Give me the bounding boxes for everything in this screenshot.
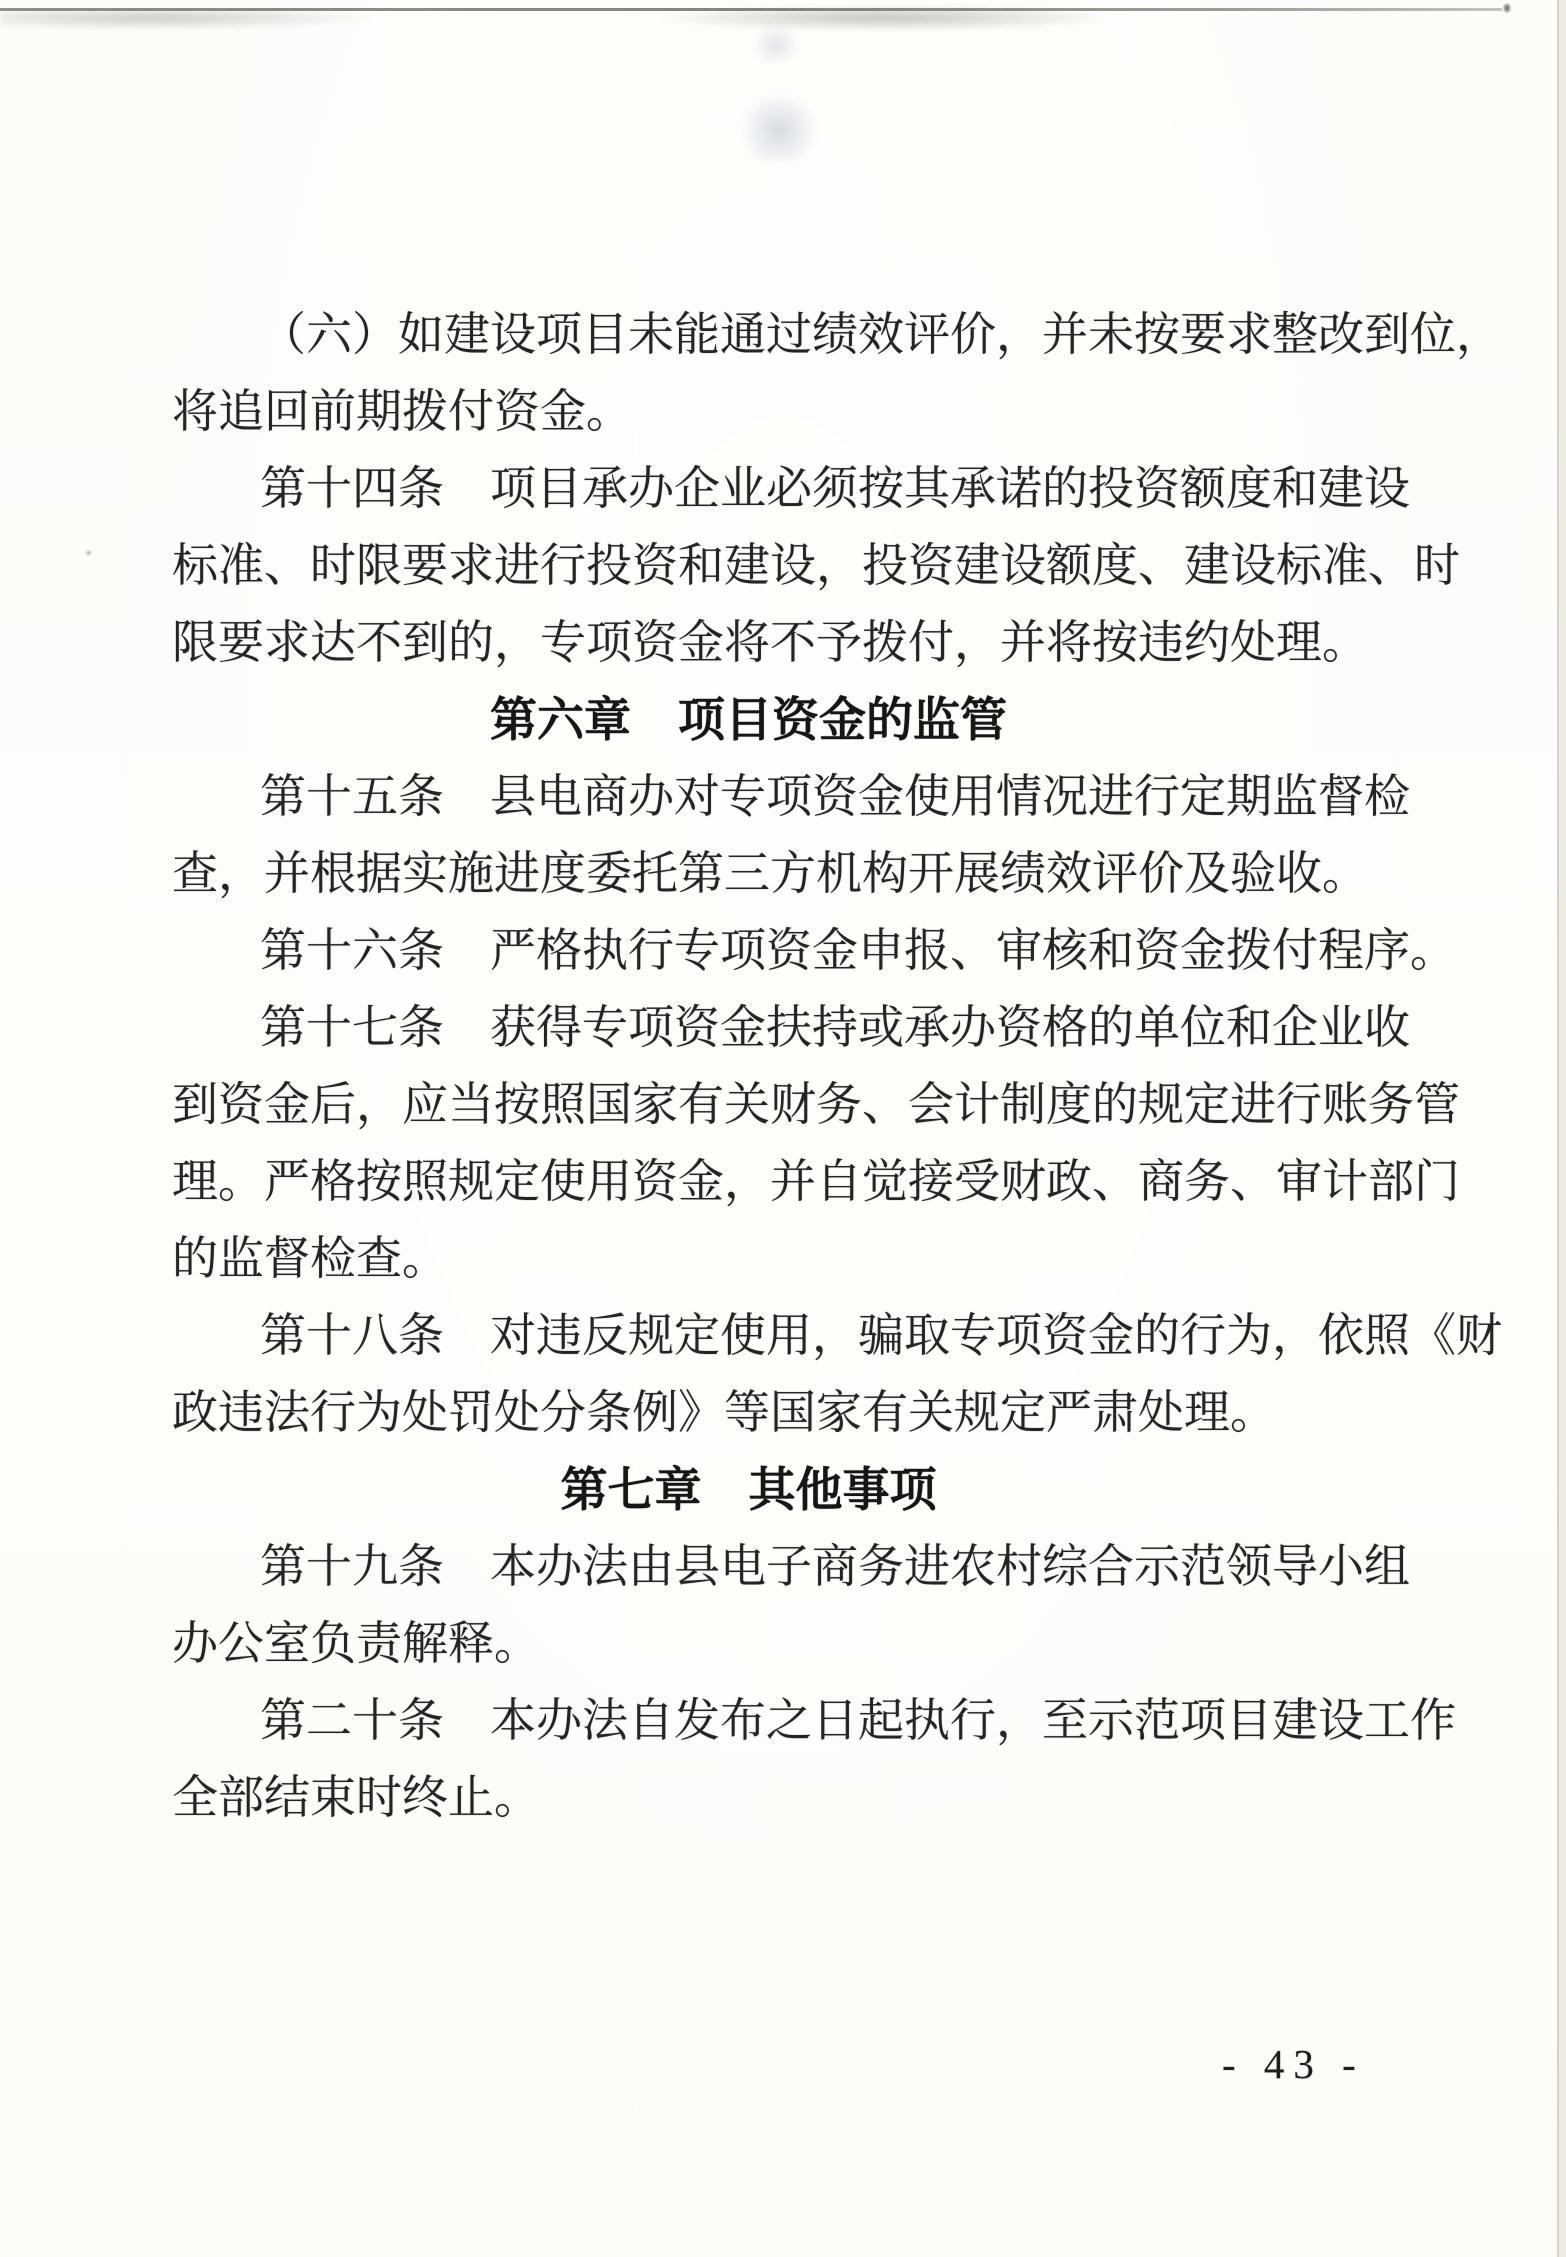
chapter-heading-7: 第七章 其他事项 [102, 1451, 1395, 1528]
document-line: 第十七条 获得专项资金扶持或承办资格的单位和企业收 [172, 989, 1465, 1066]
document-line: 理。严格按照规定使用资金，并自觉接受财政、商务、审计部门 [172, 1143, 1465, 1220]
document-body: （六）如建设项目未能通过绩效评价，并未按要求整改到位， 将追回前期拨付资金。 第… [172, 296, 1465, 1836]
document-line: 将追回前期拨付资金。 [172, 373, 1465, 450]
scan-speck [86, 551, 91, 555]
scan-speck [1504, 4, 1510, 12]
document-line: 第二十条 本办法自发布之日起执行，至示范项目建设工作 [172, 1682, 1465, 1759]
scanned-document-page: （六）如建设项目未能通过绩效评价，并未按要求整改到位， 将追回前期拨付资金。 第… [0, 0, 1566, 2257]
document-line: 第十九条 本办法由县电子商务进农村综合示范领导小组 [172, 1528, 1465, 1605]
document-line: 查，并根据实施进度委托第三方机构开展绩效评价及验收。 [172, 835, 1465, 912]
document-line: 全部结束时终止。 [172, 1759, 1465, 1836]
scan-smudge [660, 7, 1110, 31]
scan-edge-strip [1559, 0, 1566, 2257]
page-number: - 43 - [1222, 2040, 1365, 2088]
chapter-heading-6: 第六章 项目资金的监管 [102, 681, 1395, 758]
scan-smudge [0, 10, 370, 30]
document-line: 到资金后，应当按照国家有关财务、会计制度的规定进行账务管 [172, 1066, 1465, 1143]
document-line: 第十八条 对违反规定使用，骗取专项资金的行为，依照《财 [172, 1297, 1465, 1374]
scan-stain [742, 92, 816, 162]
document-line: 限要求达不到的，专项资金将不予拨付，并将按违约处理。 [172, 604, 1465, 681]
document-line: 第十六条 严格执行专项资金申报、审核和资金拨付程序。 [172, 912, 1465, 989]
document-line: （六）如建设项目未能通过绩效评价，并未按要求整改到位， [172, 296, 1465, 373]
document-line: 办公室负责解释。 [172, 1605, 1465, 1682]
document-line: 第十五条 县电商办对专项资金使用情况进行定期监督检 [172, 758, 1465, 835]
document-line: 的监督检查。 [172, 1220, 1465, 1297]
document-line: 标准、时限要求进行投资和建设，投资建设额度、建设标准、时 [172, 527, 1465, 604]
scan-stain [748, 28, 804, 62]
document-line: 第十四条 项目承办企业必须按其承诺的投资额度和建设 [172, 450, 1465, 527]
document-line: 政违法行为处罚处分条例》等国家有关规定严肃处理。 [172, 1374, 1465, 1451]
scan-edge-line [1557, 0, 1559, 2257]
